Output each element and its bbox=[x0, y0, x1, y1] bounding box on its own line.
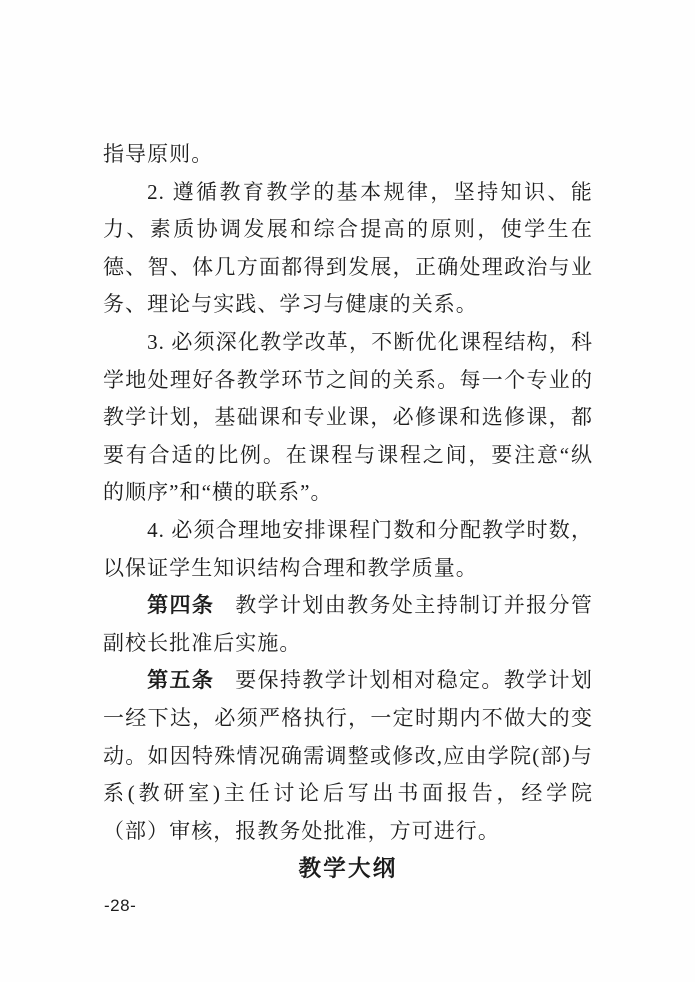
body-paragraph: 4. 必须合理地安排课程门数和分配教学时数，以保证学生知识结构合理和教学质量。 bbox=[103, 512, 593, 587]
document-body: 指导原则。 2. 遵循教育教学的基本规律，坚持知识、能力、素质协调发展和综合提高… bbox=[103, 136, 593, 888]
body-paragraph: 第五条要保持教学计划相对稳定。教学计划一经下达，必须严格执行，一定时期内不做大的… bbox=[103, 662, 593, 850]
body-paragraph: 指导原则。 bbox=[103, 136, 593, 174]
clause-number-label: 第五条 bbox=[147, 669, 214, 692]
document-page: 指导原则。 2. 遵循教育教学的基本规律，坚持知识、能力、素质协调发展和综合提高… bbox=[0, 0, 695, 982]
body-paragraph: 第四条教学计划由教务处主持制订并报分管副校长批准后实施。 bbox=[103, 587, 593, 662]
clause-text: 要保持教学计划相对稳定。教学计划一经下达，必须严格执行，一定时期内不做大的变动。… bbox=[103, 668, 593, 842]
section-heading: 教学大纲 bbox=[103, 850, 593, 888]
body-paragraph: 2. 遵循教育教学的基本规律，坚持知识、能力、素质协调发展和综合提高的原则，使学… bbox=[103, 174, 593, 324]
page-number: -28- bbox=[104, 896, 136, 916]
body-paragraph: 3. 必须深化教学改革，不断优化课程结构，科学地处理好各教学环节之间的关系。每一… bbox=[103, 324, 593, 512]
clause-number-label: 第四条 bbox=[147, 594, 214, 617]
